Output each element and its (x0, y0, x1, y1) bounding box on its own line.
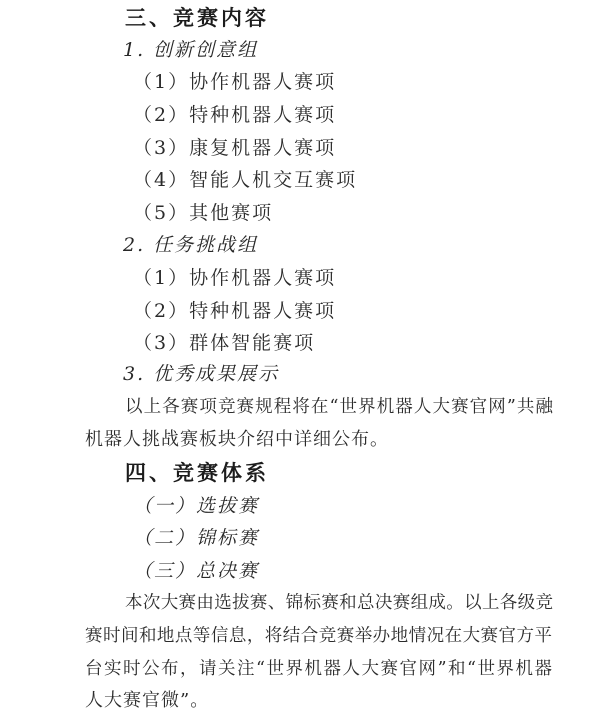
list-item: （2）特种机器人赛项 (133, 103, 336, 127)
paragraph-line: 人大赛官微”。 (85, 689, 209, 713)
list-item: （5）其他赛项 (133, 201, 273, 225)
list-item: （4）智能人机交互赛项 (133, 168, 357, 192)
document-page: 三、竞赛内容 1. 创新创意组 （1）协作机器人赛项 （2）特种机器人赛项 （3… (0, 0, 608, 716)
paragraph-line: 以上各赛项竞赛规程将在“世界机器人大赛官网”共融 (125, 395, 553, 421)
group-title: 1. 创新创意组 (123, 38, 258, 62)
paragraph-line: 机器人挑战赛板块介绍中详细公布。 (85, 428, 389, 452)
list-item: （1）协作机器人赛项 (133, 70, 336, 94)
list-item: （1）协作机器人赛项 (133, 266, 336, 290)
group-title: 3. 优秀成果展示 (123, 362, 279, 386)
subsection-title: （二）锦标赛 (133, 526, 259, 550)
list-item: （3）群体智能赛项 (133, 331, 315, 355)
group-title: 2. 任务挑战组 (123, 233, 258, 257)
list-item: （3）康复机器人赛项 (133, 136, 336, 160)
subsection-title: （一）选拔赛 (133, 494, 259, 518)
section-heading: 三、竞赛内容 (125, 6, 269, 30)
paragraph-line: 赛时间和地点等信息，将结合竞赛举办地情况在大赛官方平 (85, 624, 552, 650)
section-heading: 四、竞赛体系 (125, 461, 269, 485)
paragraph-line: 台实时公布，请关注“世界机器人大赛官网”和“世界机器 (85, 657, 552, 683)
paragraph-line: 本次大赛由选拔赛、锦标赛和总决赛组成。以上各级竞 (125, 591, 553, 617)
list-item: （2）特种机器人赛项 (133, 299, 336, 323)
subsection-title: （三）总决赛 (133, 559, 259, 583)
